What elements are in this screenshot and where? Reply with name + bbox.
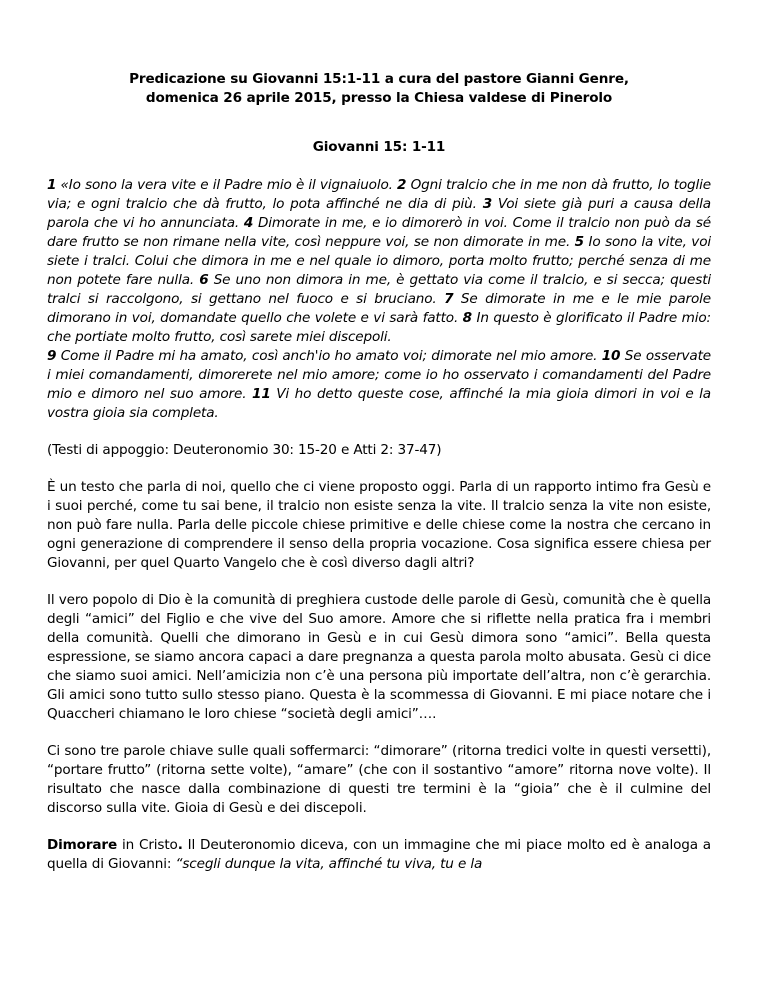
verse-text: «Io sono la vera vite e il Padre mio è i…: [56, 177, 397, 193]
support-texts: (Testi di appoggio: Deuteronomio 30: 15-…: [47, 441, 711, 460]
verse-number: 4: [244, 215, 253, 231]
section-keyword: Dimorare: [47, 837, 117, 853]
document-page: Predicazione su Giovanni 15:1-11 a cura …: [47, 70, 711, 892]
verse-number: 8: [463, 310, 472, 326]
document-title: Predicazione su Giovanni 15:1-11 a cura …: [47, 70, 711, 108]
verse-group-1-8: 1 «Io sono la vera vite e il Padre mio è…: [47, 177, 711, 345]
verse-number: 10: [602, 348, 621, 364]
verse-number: 11: [252, 386, 271, 402]
paragraph: Ci sono tre parole chiave sulle quali so…: [47, 742, 711, 818]
verse-number: 5: [575, 234, 584, 250]
verse-number: 9: [47, 348, 56, 364]
paragraph: Il vero popolo di Dio è la comunità di p…: [47, 591, 711, 724]
scripture-passage: 1 «Io sono la vera vite e il Padre mio è…: [47, 176, 711, 423]
verse-number: 3: [483, 196, 492, 212]
verse-number: 6: [199, 272, 208, 288]
paragraph: È un testo che parla di noi, quello che …: [47, 478, 711, 573]
quoted-scripture: “scegli dunque la vita, affinché tu viva…: [175, 856, 482, 872]
paragraph-dimorare: Dimorare in Cristo. Il Deuteronomio dice…: [47, 836, 711, 874]
paragraph-text: in Cristo: [117, 837, 178, 853]
verse-text: Come il Padre mi ha amato, così anch'io …: [56, 348, 601, 364]
title-line-2: domenica 26 aprile 2015, presso la Chies…: [47, 89, 711, 108]
verse-number: 1: [47, 177, 56, 193]
verse-number: 7: [444, 291, 453, 307]
verse-group-9-11: 9 Come il Padre mi ha amato, così anch'i…: [47, 348, 711, 421]
verse-number: 2: [397, 177, 406, 193]
title-line-1: Predicazione su Giovanni 15:1-11 a cura …: [47, 70, 711, 89]
scripture-reference-heading: Giovanni 15: 1-11: [47, 138, 711, 157]
